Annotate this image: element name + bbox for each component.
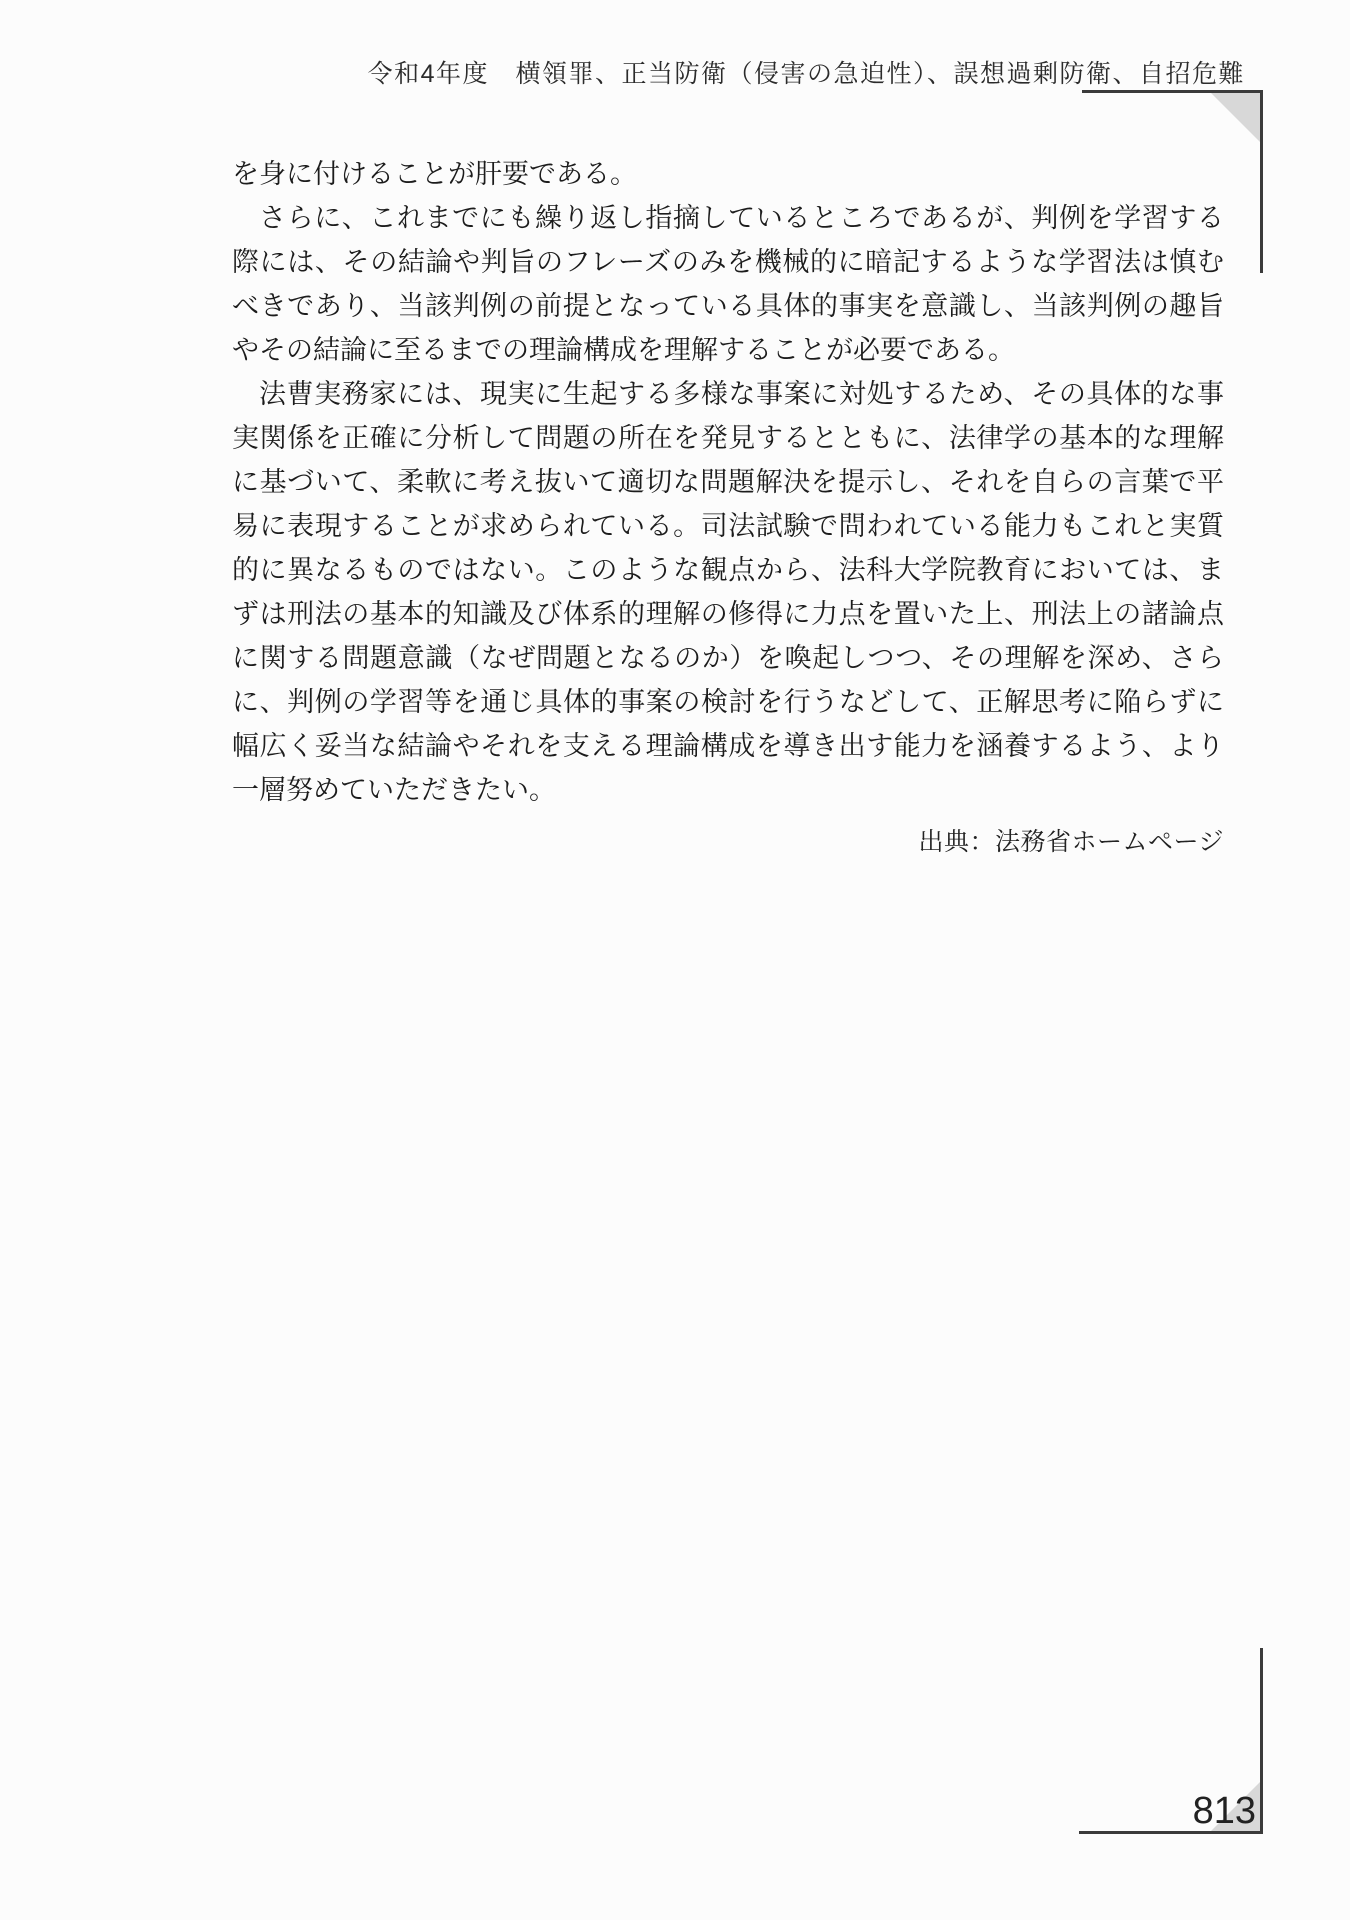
body-text-block: を身に付けることが肝要である。さらに、これまでにも繰り返し指摘しているところであ… — [232, 152, 1224, 812]
body-line: 易に表現することが求められている。司法試験で問われている能力もこれと実質 — [232, 504, 1224, 548]
body-line: 一層努めていただきたい。 — [232, 768, 1224, 812]
body-line: 実関係を正確に分析して問題の所在を発見するとともに、法律学の基本的な理解 — [232, 416, 1224, 460]
body-line: さらに、これまでにも繰り返し指摘しているところであるが、判例を学習する — [232, 196, 1224, 240]
page-number: 813 — [1193, 1792, 1256, 1830]
body-line: 際には、その結論や判旨のフレーズのみを機械的に暗記するような学習法は慎む — [232, 240, 1224, 284]
body-line: やその結論に至るまでの理論構成を理解することが必要である。 — [232, 328, 1224, 372]
body-line: に基づいて、柔軟に考え抜いて適切な問題解決を提示し、それを自らの言葉で平 — [232, 460, 1224, 504]
book-page: 令和4年度 横領罪、正当防衛（侵害の急迫性）、誤想過剰防衛、自招危難 を身に付け… — [0, 0, 1350, 1920]
top-corner-triangle — [1211, 93, 1260, 142]
body-line: ずは刑法の基本的知識及び体系的理解の修得に力点を置いた上、刑法上の諸論点 — [232, 592, 1224, 636]
top-corner-rule-horizontal — [1082, 90, 1263, 93]
body-line: 法曹実務家には、現実に生起する多様な事案に対処するため、その具体的な事 — [232, 372, 1224, 416]
body-line: に関する問題意識（なぜ問題となるのか）を喚起しつつ、その理解を深め、さら — [232, 636, 1224, 680]
running-head: 令和4年度 横領罪、正当防衛（侵害の急迫性）、誤想過剰防衛、自招危難 — [368, 54, 1245, 90]
body-line: を身に付けることが肝要である。 — [232, 152, 1224, 196]
body-line: べきであり、当該判例の前提となっている具体的事実を意識し、当該判例の趣旨 — [232, 284, 1224, 328]
source-attribution: 出典：法務省ホームページ — [232, 822, 1224, 858]
body-line: に、判例の学習等を通じ具体的事案の検討を行うなどして、正解思考に陥らずに — [232, 680, 1224, 724]
top-corner-rule-vertical — [1260, 90, 1263, 273]
bottom-corner-rule-vertical — [1260, 1648, 1263, 1834]
body-line: 幅広く妥当な結論やそれを支える理論構成を導き出す能力を涵養するよう、より — [232, 724, 1224, 768]
body-line: 的に異なるものではない。このような観点から、法科大学院教育においては、ま — [232, 548, 1224, 592]
